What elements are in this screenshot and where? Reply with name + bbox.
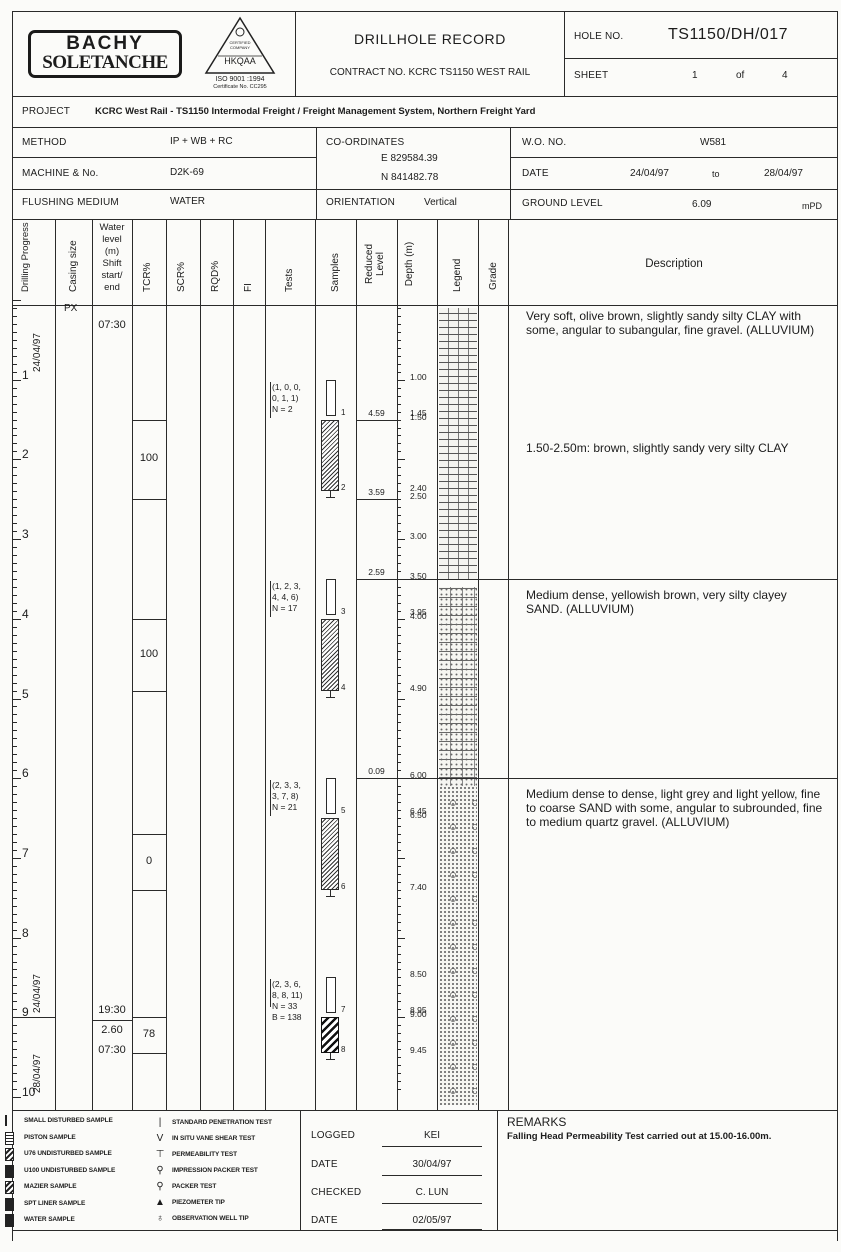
header-description: Description [510,258,838,270]
flushing-medium-value: WATER [170,196,205,207]
scale-tick [12,730,17,731]
document-title: DRILLHOLE RECORD [296,31,564,47]
header-drilling-progress: Drilling Progress [20,222,31,292]
test-result-line: (1, 2, 3, [272,581,301,591]
scale-tick [12,372,17,373]
iso-text: ISO 9001 :1994 [200,76,280,83]
scale-tick [12,802,17,803]
scale-tick [12,786,17,787]
test-result-line: (2, 3, 3, [272,780,301,790]
scale-tick [12,507,17,508]
sample-number: 6 [341,882,345,891]
drilling-progress-date: 24/04/97 [32,974,43,1013]
observation-well-icon: ♁ [154,1213,166,1224]
water-level-entry: 07:30 [92,319,132,331]
test-result-line: 8, 8, 11) [272,990,303,1000]
scale-tick [12,1009,17,1010]
certification-badge: CERTIFIED COMPANY HKQAA ISO 9001 :1994 C… [200,16,280,94]
depth-value: 4.90 [410,683,427,693]
scale-tick [12,356,17,357]
scale-tick [12,499,17,500]
header-tests: Tests [284,269,295,292]
depth-value: 3.00 [410,531,427,541]
company-name-line2: SOLETANCHE [31,53,179,72]
scale-tick [12,308,17,309]
checked-label: CHECKED [311,1187,361,1198]
scale-tick [12,1081,17,1082]
stratum-description: 1.50-2.50m: brown, slightly sandy very s… [526,441,826,455]
machine-label: MACHINE & No. [22,168,99,179]
sheet-number: 1 [692,70,698,81]
scale-tick [12,579,17,580]
scale-tick [12,467,17,468]
spt-sample-icon [326,778,336,814]
easting-value: E 829584.39 [381,153,438,164]
key-test-label: PACKER TEST [172,1183,216,1190]
scale-tick [12,818,17,819]
key-test-label: OBSERVATION WELL TIP [172,1215,249,1222]
header-casing-size: Casing size [68,240,79,292]
key-test-label: IN SITU VANE SHEAR TEST [172,1135,255,1142]
sheet-of: of [736,70,744,81]
scale-tick [12,794,17,795]
piston-sample-icon [5,1132,14,1145]
scale-tick [12,1065,17,1066]
reduced-level-value: 3.59 [356,487,397,497]
sample-number: 3 [341,607,345,616]
scale-tick [12,324,17,325]
scale-tick [12,1033,17,1034]
header-depth: Depth (m) [404,236,415,292]
scale-tick [12,890,17,891]
test-result-line: 0, 1, 1) [272,393,298,403]
scale-tick [12,826,17,827]
depth-scale-label: 7 [22,846,29,860]
test-result-line: (2, 3, 6, [272,979,301,989]
orientation-label: ORIENTATION [326,197,395,208]
scale-tick [12,459,21,460]
scale-tick [12,842,17,843]
casing-size-value: PX [64,303,77,314]
header-grade: Grade [488,262,499,290]
scale-tick [12,850,17,851]
depth-scale-label: 4 [22,607,29,621]
test-result-line: N = 33 [272,1001,297,1011]
drilling-progress-date: 24/04/97 [32,333,43,372]
checked-date-label: DATE [311,1215,338,1226]
contract-number: CONTRACT NO. KCRC TS1150 WEST RAIL [296,67,564,78]
mazier-sample-icon [321,1017,339,1053]
scale-tick [12,675,17,676]
header-scr: SCR% [176,262,187,292]
date-from: 24/04/97 [630,168,669,179]
scale-tick [12,977,17,978]
scale-tick [12,412,17,413]
scale-tick [12,906,17,907]
depth-scale-label: 6 [22,766,29,780]
logged-date-label: DATE [311,1159,338,1170]
scale-tick [12,635,17,636]
tcr-value: 100 [132,452,166,464]
packer-icon: ⚲ [154,1181,166,1192]
spt-icon: | [154,1117,166,1128]
scale-tick [12,1097,21,1098]
scale-tick [12,691,17,692]
scale-tick [12,778,21,779]
scale-tick [12,651,17,652]
key-test-label: IMPRESSION PACKER TEST [172,1167,258,1174]
scale-tick [12,969,17,970]
scale-tick [12,547,17,548]
hole-no-value: TS1150/DH/017 [668,26,788,44]
water-level-entry: 2.60 [92,1024,132,1036]
checked-value: C. LUN [382,1187,482,1198]
scale-tick [12,475,17,476]
sheet-total: 4 [782,70,788,81]
scale-tick [12,563,17,564]
depth-value: 9.45 [410,1045,427,1055]
header-fi: FI [243,283,254,292]
tcr-value: 100 [132,648,166,660]
scale-tick [12,738,17,739]
scale-tick [12,483,17,484]
header-legend: Legend [452,259,463,292]
reduced-level-value: 0.09 [356,766,397,776]
water-level-entry: 07:30 [92,1044,132,1056]
drilling-progress-date: 28/04/97 [32,1054,43,1093]
spt-bracket-icon [270,979,271,1007]
scale-tick [12,603,17,604]
scale-tick [12,938,21,939]
scale-tick [12,451,17,452]
scale-tick [12,667,17,668]
clay-legend-pattern [439,308,477,579]
tcr-value: 78 [132,1028,166,1040]
spt-sample-icon [326,380,336,416]
scale-tick [12,404,17,405]
header-tcr: TCR% [142,263,153,292]
scale-tick [12,858,21,859]
scale-tick [12,946,17,947]
test-result-line: N = 2 [272,404,293,414]
u76-sample-icon [5,1148,14,1161]
spt-bracket-icon [270,780,271,816]
northing-value: N 841482.78 [381,172,438,183]
reduced-level-value: 2.59 [356,567,397,577]
ground-level-value: 6.09 [692,199,711,210]
u100-sample-icon [5,1165,14,1178]
scale-tick [12,643,17,644]
scale-tick [12,714,17,715]
project-label: PROJECT [22,106,70,117]
scale-tick [12,914,17,915]
depth-scale-label: 2 [22,447,29,461]
scale-tick [12,332,17,333]
key-sample-label: U76 UNDISTURBED SAMPLE [24,1150,112,1157]
depth-scale-label: 3 [22,527,29,541]
logged-label: LOGGED [311,1130,355,1141]
scale-tick [12,962,17,963]
scale-tick [12,1057,17,1058]
sample-number: 4 [341,683,345,692]
key-sample-label: MAZIER SAMPLE [24,1183,77,1190]
sample-number: 1 [341,408,345,417]
scale-tick [12,1025,17,1026]
flushing-medium-label: FLUSHING MEDIUM [22,197,119,208]
depth-value: 2.50 [410,491,427,501]
stratum-description: Medium dense, yellowish brown, very silt… [526,588,826,616]
scale-tick [12,1073,17,1074]
sample-number: 7 [341,1005,345,1014]
scale-tick [12,993,17,994]
scale-tick [12,396,17,397]
scale-tick [12,435,17,436]
orientation-value: Vertical [424,197,457,208]
method-label: METHOD [22,137,67,148]
remarks-text: Falling Head Permeability Test carried o… [507,1130,777,1143]
scale-tick [12,300,21,301]
u76-sample-icon [321,420,339,492]
depth-value: 1.00 [410,372,427,382]
scale-tick [12,834,17,835]
test-result-line: N = 17 [272,603,297,613]
scale-tick [12,706,17,707]
silty-sand-legend-pattern [439,587,477,786]
key-sample-label: PISTON SAMPLE [24,1134,76,1141]
method-value: IP + WB + RC [170,136,233,147]
mazier-sample-icon [5,1181,14,1194]
key-sample-label: SPT LINER SAMPLE [24,1200,85,1207]
stratum-description: Very soft, olive brown, slightly sandy s… [526,309,826,337]
depth-scale-label: 8 [22,926,29,940]
scale-tick [12,380,21,381]
depth-value: 1.50 [410,412,427,422]
depth-scale-label: 1 [22,368,29,382]
spt-bracket-icon [270,581,271,617]
scale-tick [12,611,17,612]
date-to-word: to [712,169,720,179]
test-result-line: 3, 7, 8) [272,791,298,801]
sample-number: 2 [341,483,345,492]
spt-sample-icon [326,977,336,1013]
scale-tick [12,659,17,660]
logged-date-value: 30/04/97 [382,1159,482,1170]
scale-tick [12,954,17,955]
scale-tick [12,428,17,429]
checked-date-value: 02/05/97 [382,1215,482,1226]
scale-tick [12,619,21,620]
scale-tick [12,364,17,365]
water-sample-icon [5,1214,14,1227]
project-value: KCRC West Rail - TS1150 Intermodal Freig… [95,106,535,117]
scale-tick [12,531,17,532]
key-sample-label: SMALL DISTURBED SAMPLE [24,1117,113,1124]
scale-tick [12,523,17,524]
spt-liner-sample-icon [5,1198,14,1211]
scale-tick [12,388,17,389]
scale-tick [12,810,17,811]
stratum-description: Medium dense to dense, light grey and li… [526,787,826,829]
scale-tick [12,770,17,771]
logged-value: KEI [382,1130,482,1141]
scale-tick [12,571,17,572]
scale-tick [12,746,17,747]
scale-tick [12,348,17,349]
water-level-entry: 19:30 [92,1004,132,1016]
scale-tick [12,762,17,763]
depth-value: 6.50 [410,810,427,820]
sand-legend-pattern [439,786,477,1105]
scale-tick [12,515,17,516]
test-result-line: B = 138 [272,1012,302,1022]
scale-tick [12,874,17,875]
hkqaa-text: HKQAA [218,56,262,66]
certified-company-text: CERTIFIED COMPANY [222,40,258,50]
scale-tick [12,555,17,556]
depth-value: 8.50 [410,969,427,979]
scale-tick [12,316,17,317]
scale-tick [12,754,17,755]
u76-sample-icon [321,818,339,890]
wo-no-value: W581 [700,137,726,148]
header-reduced-level: Reduced Level [364,236,386,292]
key-test-label: STANDARD PENETRATION TEST [172,1119,272,1126]
company-logo: BACHY SOLETANCHE [28,30,182,78]
scale-tick [12,922,17,923]
scale-tick [12,882,17,883]
tcr-value: 0 [132,855,166,867]
scale-tick [12,866,17,867]
scale-tick [12,595,17,596]
test-result-line: 4, 4, 6) [272,592,298,602]
reduced-level-value: 4.59 [356,408,397,418]
coordinates-label: CO-ORDINATES [326,137,404,148]
small-disturbed-sample-icon [5,1115,7,1126]
scale-tick [12,722,17,723]
scale-tick [12,985,17,986]
wo-no-label: W.O. NO. [522,137,566,148]
scale-tick [12,340,17,341]
depth-value: 4.00 [410,611,427,621]
scale-tick [12,930,17,931]
scale-tick [12,627,17,628]
scale-tick [12,443,17,444]
scale-tick [12,683,17,684]
header-rqd: RQD% [210,261,221,292]
scale-tick [12,587,17,588]
company-name-line1: BACHY [31,35,179,53]
header-samples: Samples [330,253,341,292]
spt-sample-icon [326,579,336,615]
depth-value: 7.40 [410,882,427,892]
scale-tick [12,420,17,421]
vane-shear-icon: V [154,1133,166,1144]
scale-tick [12,898,17,899]
permeability-icon: ⊤ [154,1149,166,1160]
scale-tick [12,1041,17,1042]
scale-tick [12,491,17,492]
key-sample-label: WATER SAMPLE [24,1216,75,1223]
scale-tick [12,699,21,700]
scale-tick [12,1089,17,1090]
hole-no-label: HOLE NO. [574,31,623,42]
key-test-label: PIEZOMETER TIP [172,1199,225,1206]
scale-tick [12,1049,17,1050]
key-sample-label: U100 UNDISTURBED SAMPLE [24,1167,115,1174]
test-result-line: N = 21 [272,802,297,812]
scale-tick [12,1001,17,1002]
impression-packer-icon: ⚲ [154,1165,166,1176]
sample-number: 5 [341,806,345,815]
sheet-label: SHEET [574,70,608,81]
spt-bracket-icon [270,382,271,418]
remarks-label: REMARKS [507,1115,566,1129]
date-label: DATE [522,168,549,179]
sample-number: 8 [341,1045,345,1054]
machine-value: D2K-69 [170,167,204,178]
ground-level-label: GROUND LEVEL [522,198,603,209]
scale-tick [12,539,21,540]
piezometer-tip-icon: ▲ [154,1197,166,1208]
depth-value: 9.00 [410,1009,427,1019]
test-result-line: (1, 0, 0, [272,382,301,392]
certificate-no-text: Certificate No. CC295 [200,84,280,90]
date-to: 28/04/97 [764,168,803,179]
ground-level-unit: mPD [802,201,822,211]
u76-sample-icon [321,619,339,691]
key-test-label: PERMEABILITY TEST [172,1151,237,1158]
depth-scale-label: 5 [22,687,29,701]
header-water-level: Waterlevel(m)Shiftstart/end [92,222,132,294]
